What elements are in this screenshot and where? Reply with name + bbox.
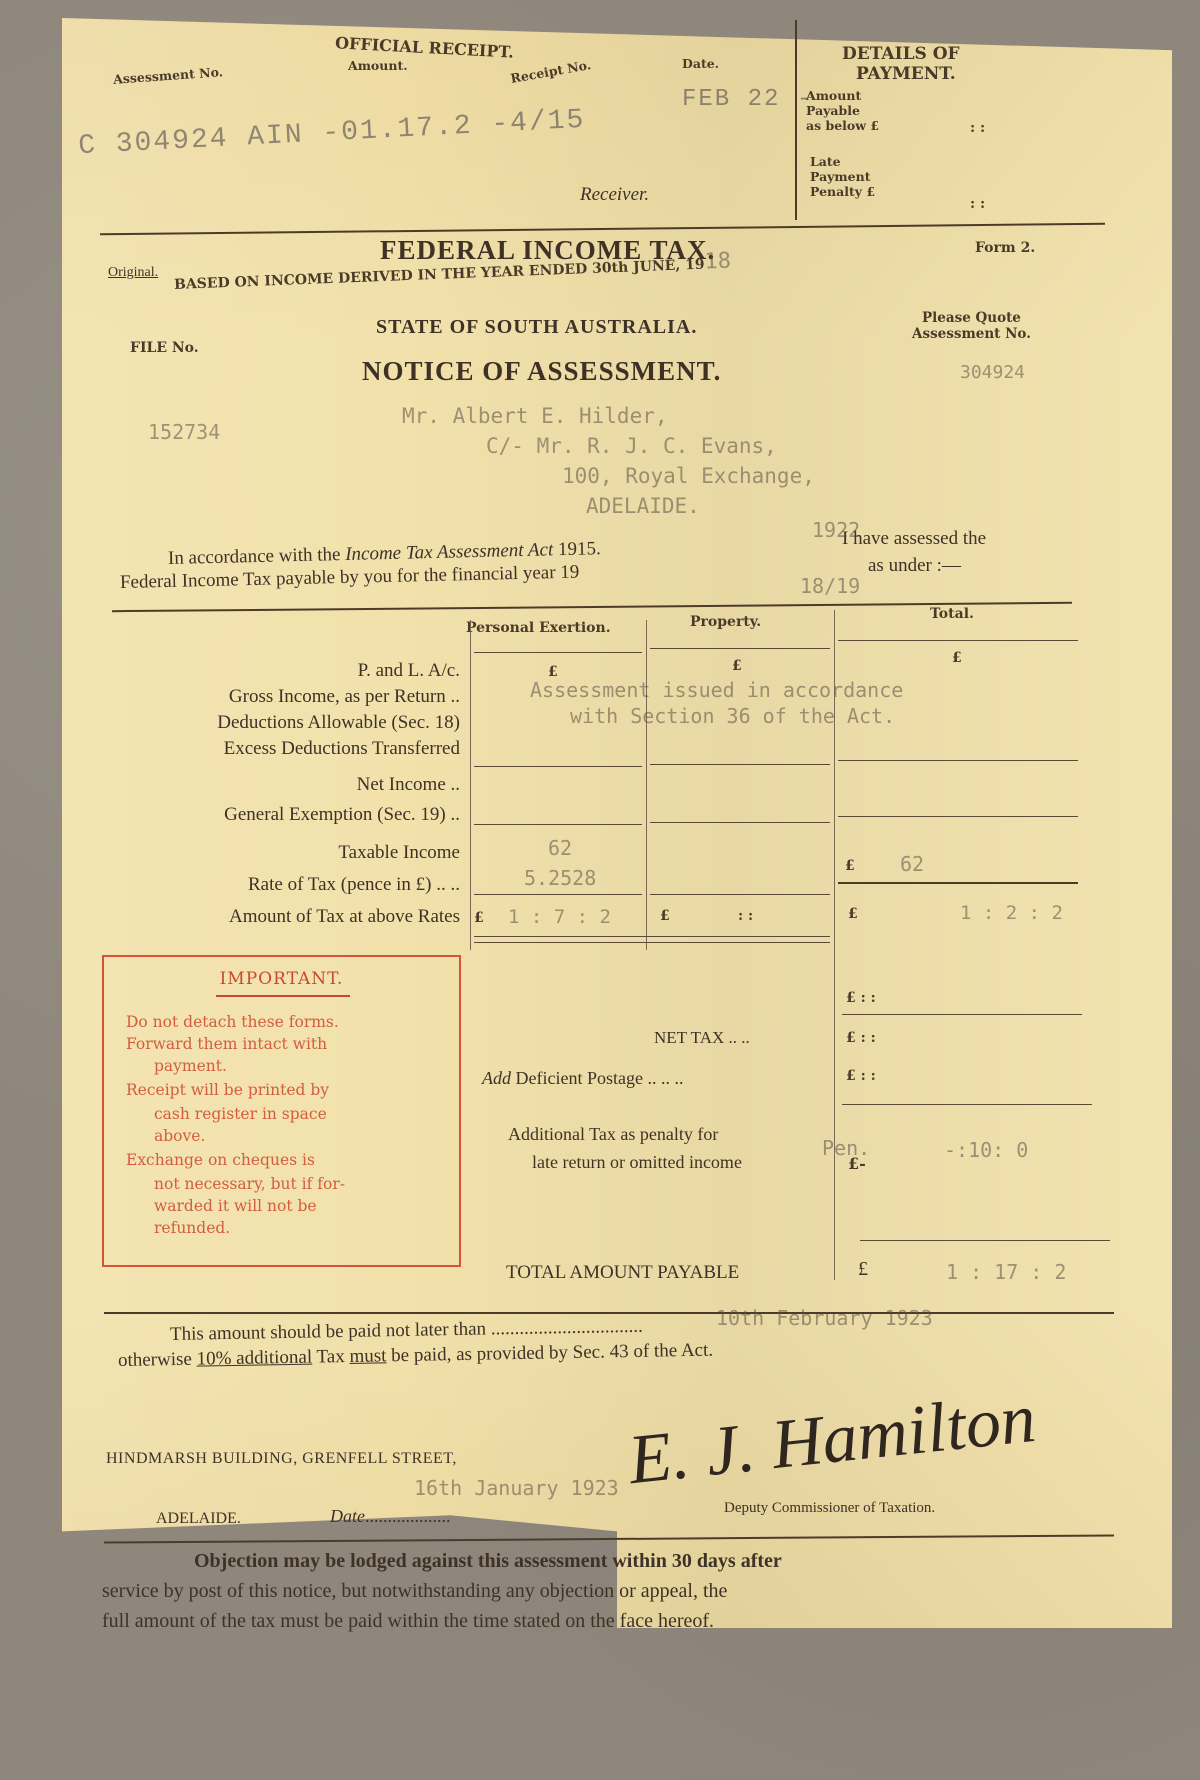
penalty-value: -:10: 0 xyxy=(944,1138,1028,1162)
row-rule-rate-3 xyxy=(838,882,1078,884)
deficient-postage-value: £ : : xyxy=(846,1068,876,1084)
important-line-1: Do not detach these forms. xyxy=(126,1013,339,1031)
amount-personal-currency: £ xyxy=(474,910,484,926)
row-label-amount-of-tax: Amount of Tax at above Rates xyxy=(229,906,460,928)
important-line-5: cash register in space xyxy=(154,1105,327,1123)
late-penalty-line3: Penalty £ xyxy=(810,184,875,199)
late-penalty-line2: Payment xyxy=(810,169,875,184)
taxable-total-currency: £ xyxy=(845,858,855,874)
footer-date-label: Date xyxy=(330,1506,365,1526)
amount-label: Amount. xyxy=(348,58,408,73)
file-number-typed: 152734 xyxy=(148,420,220,444)
amount-property-currency: £ xyxy=(660,908,670,924)
header-rule-1 xyxy=(474,652,642,653)
rate-of-tax-personal: 5.2528 xyxy=(524,866,596,890)
receiver-label: Receiver. xyxy=(580,184,649,206)
row-label-deductions: Deductions Allowable (Sec. 18) xyxy=(217,712,460,734)
original-label: Original. xyxy=(108,265,158,281)
intro-right-line-2: as under :— xyxy=(868,555,961,577)
taxable-income-total: 62 xyxy=(900,852,924,876)
column-property: Property. xyxy=(690,614,761,630)
addressee-line-4: ADELAIDE. xyxy=(586,494,700,518)
row-label-net-income: Net Income .. xyxy=(357,774,460,796)
late-penalty-label: Late Payment Penalty £ xyxy=(810,154,875,199)
objection-line-1: Objection may be lodged against this ass… xyxy=(194,1550,782,1573)
amount-of-tax-property: : : xyxy=(738,908,753,924)
column-personal-exertion: Personal Exertion. xyxy=(466,620,611,636)
important-line-4: Receipt will be printed by xyxy=(126,1081,329,1099)
amount-of-tax-total: 1 : 2 : 2 xyxy=(960,902,1063,924)
important-title: IMPORTANT. xyxy=(104,969,459,989)
office-address: HINDMARSH BUILDING, GRENFELL STREET, xyxy=(106,1450,457,1468)
net-tax-value: £ : : xyxy=(846,1030,876,1046)
addressee-line-3: 100, Royal Exchange, xyxy=(562,464,815,488)
important-line-3: payment. xyxy=(154,1057,227,1075)
blank-summary-row: £ : : xyxy=(846,990,876,1006)
ten-percent-additional: 10% additional xyxy=(196,1347,312,1370)
date-field: Date................... xyxy=(330,1506,451,1527)
act-name: Income Tax Assessment Act xyxy=(345,539,554,565)
issue-date-typed: 16th January 1923 xyxy=(414,1476,619,1500)
row-label-gross-income: Gross Income, as per Return .. xyxy=(229,686,460,708)
due-date-typed: 10th February 1923 xyxy=(716,1306,933,1330)
postage-rule xyxy=(842,1104,1092,1105)
row-rule-excess-1 xyxy=(474,766,642,767)
row-rule-excess-2 xyxy=(650,764,830,765)
important-line-9: warded it will not be xyxy=(154,1197,317,1215)
total-amount-payable-value: 1 : 17 : 2 xyxy=(946,1260,1066,1284)
row-rule-rate-2 xyxy=(650,894,830,895)
quote-label-line1: Please Quote xyxy=(912,310,1031,326)
payment-details-heading-line1: DETAILS OF xyxy=(842,44,960,64)
summary-bottom-rule xyxy=(104,1312,1114,1314)
amount-payable-label: Amount Payable as below £ xyxy=(806,88,879,133)
typed-note-line-1: Assessment issued in accordance xyxy=(530,678,903,702)
assessment-number-typed: 304924 xyxy=(960,362,1025,383)
quote-label-line2: Assessment No. xyxy=(912,326,1031,342)
otherwise-text: otherwise xyxy=(118,1349,197,1371)
payment-details-heading-line2: PAYMENT. xyxy=(852,64,960,84)
property-currency: £ xyxy=(732,658,742,674)
amount-total-currency: £ xyxy=(848,906,858,922)
amount-payable-line1: Amount xyxy=(806,88,879,103)
objection-line-3: full amount of the tax must be paid with… xyxy=(102,1610,714,1633)
row-rule-amount-b xyxy=(474,942,830,943)
stamp-date: FEB 22 - xyxy=(682,86,813,113)
add-word: Add xyxy=(482,1068,511,1088)
important-title-underline xyxy=(216,995,350,997)
deficient-postage-label: Add Deficient Postage .. .. .. xyxy=(482,1068,683,1089)
footer-date-dots: ................... xyxy=(365,1506,451,1526)
total-top-rule xyxy=(860,1240,1110,1241)
typed-note-line-2: with Section 36 of the Act. xyxy=(570,704,895,728)
important-notice-box: IMPORTANT. Do not detach these forms. Fo… xyxy=(102,955,461,1267)
row-rule-exemption-3 xyxy=(838,816,1078,817)
objection-line-2: service by post of this notice, but notw… xyxy=(102,1580,727,1603)
blank-summary-rule xyxy=(842,1014,1082,1015)
taxable-income-personal: 62 xyxy=(548,836,572,860)
row-rule-amount-a xyxy=(474,936,830,937)
late-penalty-separators: : : xyxy=(970,196,985,212)
intro-right-line-1: I have assessed the xyxy=(842,528,986,550)
amount-payable-line2: Payable xyxy=(806,103,879,118)
quote-assessment-label: Please Quote Assessment No. xyxy=(912,310,1031,342)
act-year: 1915. xyxy=(553,538,601,560)
penalty-label-line-2: late return or omitted income xyxy=(532,1152,742,1173)
row-rule-excess-3 xyxy=(838,760,1078,761)
col-divider-1 xyxy=(470,620,471,950)
provided-by-sec-43: be paid, as provided by Sec. 43 of the A… xyxy=(386,1340,713,1367)
amount-payable-separators: : : xyxy=(970,120,985,136)
addressee-line-1: Mr. Albert E. Hilder, xyxy=(402,404,668,428)
payment-details-heading: DETAILS OF PAYMENT. xyxy=(842,44,960,84)
row-label-general-exemption: General Exemption (Sec. 19) .. xyxy=(224,804,460,826)
addressee-line-2: C/- Mr. R. J. C. Evans, xyxy=(486,434,777,458)
tax-word: Tax xyxy=(312,1346,350,1368)
signatory-title: Deputy Commissioner of Taxation. xyxy=(724,1500,935,1517)
penalty-currency: £- xyxy=(848,1154,866,1173)
important-line-8: not necessary, but if for- xyxy=(154,1175,345,1193)
header-rule-3 xyxy=(838,640,1078,641)
amount-payable-line3: as below £ xyxy=(806,118,879,133)
form-number: Form 2. xyxy=(975,240,1035,256)
receipt-divider xyxy=(795,20,797,220)
total-amount-payable-label: TOTAL AMOUNT PAYABLE xyxy=(506,1262,739,1284)
net-tax-label: NET TAX .. .. xyxy=(654,1028,750,1048)
date-label: Date. xyxy=(682,56,719,71)
amount-of-tax-personal: 1 : 7 : 2 xyxy=(508,906,611,928)
column-total: Total. xyxy=(930,606,974,622)
file-no-label: FILE No. xyxy=(130,340,199,356)
header-rule-2 xyxy=(650,648,830,649)
row-label-excess-deductions: Excess Deductions Transferred xyxy=(224,738,460,760)
row-rule-rate-1 xyxy=(474,894,642,895)
row-label-rate-of-tax: Rate of Tax (pence in £) .. .. xyxy=(248,874,460,896)
late-penalty-line1: Late xyxy=(810,154,875,169)
financial-year-typed: 18/19 xyxy=(800,574,860,598)
row-rule-exemption-2 xyxy=(650,822,830,823)
row-label-pl-account: P. and L. A/c. xyxy=(358,660,460,682)
important-line-7: Exchange on cheques is xyxy=(126,1151,315,1169)
notice-of-assessment-title: NOTICE OF ASSESSMENT. xyxy=(362,356,721,387)
total-currency: £ xyxy=(952,650,962,666)
intro-prefix: In accordance with the xyxy=(168,544,346,569)
state-label: STATE OF SOUTH AUSTRALIA. xyxy=(376,316,697,339)
income-year-typed: 18 xyxy=(704,249,731,275)
important-line-6: above. xyxy=(154,1127,205,1145)
row-label-taxable-income: Taxable Income xyxy=(338,842,460,864)
city-label: ADELAIDE. xyxy=(156,1510,241,1528)
must-word: must xyxy=(349,1345,386,1367)
important-line-10: refunded. xyxy=(154,1219,230,1237)
col-divider-2 xyxy=(646,620,647,950)
penalty-label-line-1: Additional Tax as penalty for xyxy=(508,1124,718,1145)
important-line-2: Forward them intact with xyxy=(126,1035,327,1053)
row-rule-exemption-1 xyxy=(474,824,642,825)
total-currency-symbol: £ xyxy=(858,1258,868,1281)
deficient-postage-text: Deficient Postage .. .. .. xyxy=(511,1068,683,1088)
